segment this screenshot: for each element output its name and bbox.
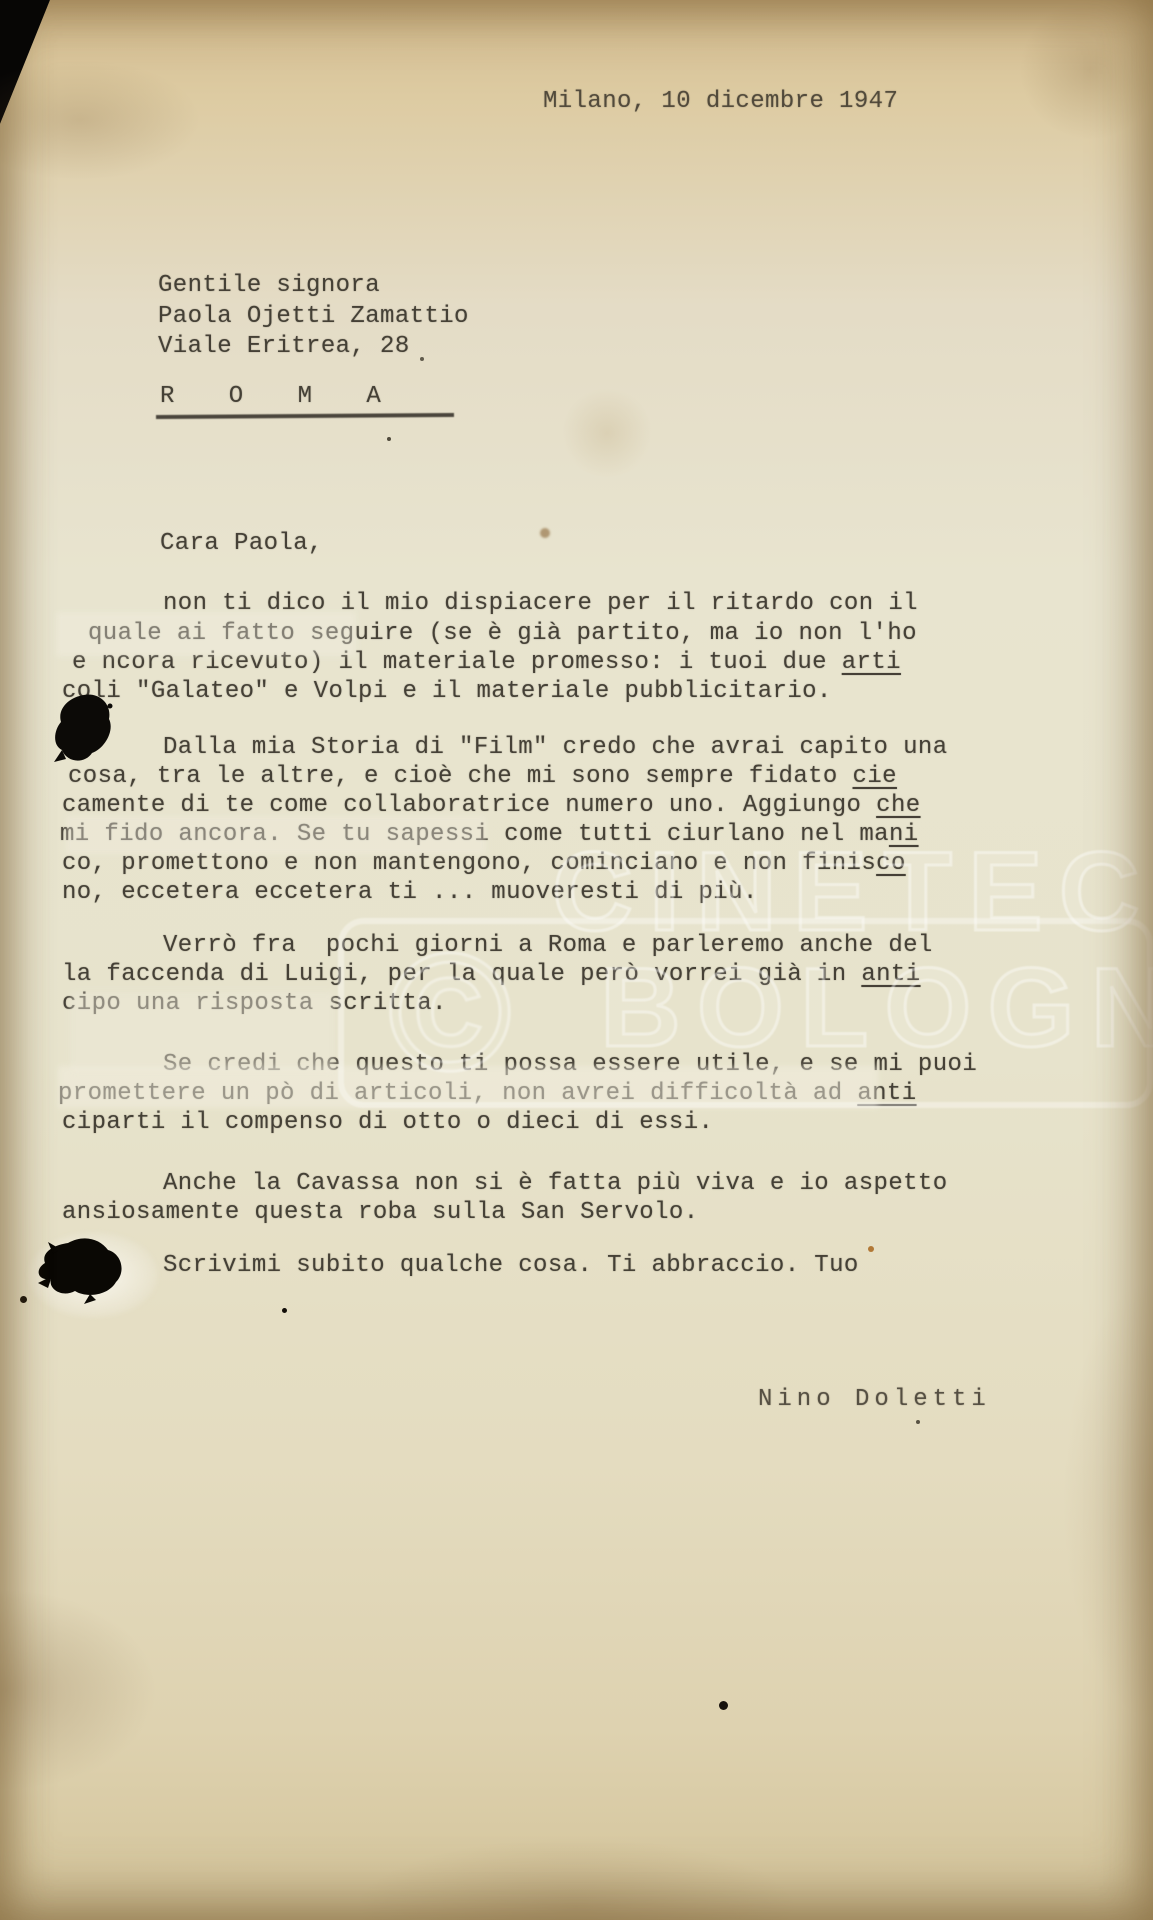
- city-line: R O M A: [160, 383, 401, 410]
- body-line: mi fido ancora. Se tu sapessi come tutti…: [60, 821, 919, 848]
- ink-speck: [916, 1420, 920, 1424]
- salutation-line: Cara Paola,: [160, 530, 323, 557]
- ink-speck: [387, 437, 391, 441]
- body-line: la faccenda di Luigi, per la quale però …: [62, 961, 921, 988]
- ink-speck: [420, 357, 424, 361]
- body-line: Verrò fra pochi giorni a Roma e parlerem…: [163, 932, 933, 959]
- ink-speck: [282, 1308, 287, 1313]
- body-line: non ti dico il mio dispiacere per il rit…: [163, 590, 918, 617]
- recipient-line: Gentile signora: [158, 272, 380, 299]
- ink-speck: [719, 1701, 728, 1710]
- ink-blot-large: [30, 1234, 140, 1315]
- body-line: quale ai fatto seguire (se è già partito…: [88, 620, 917, 647]
- body-line: e ncora ricevuto) il materiale promesso:…: [72, 649, 901, 676]
- body-line: camente di te come collaboratrice numero…: [62, 792, 921, 819]
- scanned-letter: Milano, 10 dicembre 1947 Gentile signora…: [0, 0, 1153, 1920]
- ink-speck: [20, 1296, 27, 1303]
- ink-blot-small: [52, 692, 118, 777]
- date-line: Milano, 10 dicembre 1947: [543, 88, 898, 115]
- signature-line: Nino Doletti: [758, 1386, 991, 1413]
- body-line: cipo una risposta scritta.: [62, 990, 447, 1017]
- body-line: cosa, tra le altre, e cioè che mi sono s…: [68, 763, 897, 790]
- body-line: no, eccetera eccetera ti ... muoveresti …: [62, 879, 758, 906]
- body-line: promettere un pò di articoli, non avrei …: [58, 1080, 917, 1107]
- body-line: ansiosamente questa roba sulla San Servo…: [62, 1199, 699, 1226]
- body-line: Anche la Cavassa non si è fatta più viva…: [163, 1170, 948, 1197]
- body-line: ciparti il compenso di otto o dieci di e…: [62, 1109, 713, 1136]
- recipient-line: Viale Eritrea, 28: [158, 333, 410, 360]
- paper-stain-dot: [540, 528, 550, 538]
- recipient-line: Paola Ojetti Zamattio: [158, 303, 469, 330]
- body-line: co, promettono e non mantengono, cominci…: [62, 850, 906, 877]
- body-line: Se credi che questo ti possa essere util…: [163, 1051, 977, 1078]
- body-line: Dalla mia Storia di "Film" credo che avr…: [163, 734, 948, 761]
- rust-speck: [868, 1246, 874, 1252]
- body-line: coli "Galateo" e Volpi e il materiale pu…: [62, 678, 832, 705]
- closing-line: Scrivimi subito qualche cosa. Ti abbracc…: [163, 1252, 859, 1279]
